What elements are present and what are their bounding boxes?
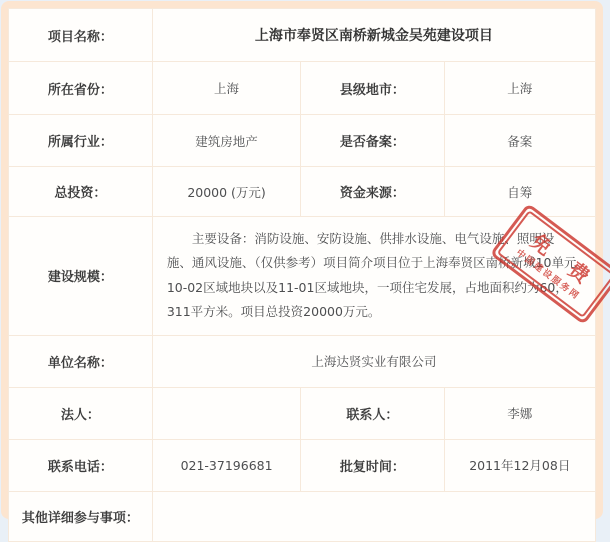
row-7-value1: 021-37196681 <box>152 439 301 491</box>
row-1-label1: 所在省份： <box>9 62 153 115</box>
row-1-value1: 上海 <box>152 62 301 115</box>
row-0-value: 上海市奉贤区南桥新城金吴苑建设项目 <box>152 9 595 62</box>
row-6-label2: 联系人： <box>301 387 444 439</box>
project-info-card: 项目名称：上海市奉贤区南桥新城金吴苑建设项目所在省份：上海县级地市：上海所属行业… <box>1 1 603 519</box>
row-2-value1: 建筑房地产 <box>152 115 301 167</box>
table-row: 所属行业：建筑房地产是否备案：备案 <box>9 115 596 167</box>
table-row: 总投资：20000 (万元)资金来源：自筹 <box>9 167 596 217</box>
table-row: 联系电话：021-37196681批复时间：2011年12月08日 <box>9 439 596 491</box>
row-0-label: 项目名称： <box>9 9 153 62</box>
row-2-value2: 备案 <box>444 115 595 167</box>
row-1-label2: 县级地市： <box>301 62 444 115</box>
row-7-label1: 联系电话： <box>9 439 153 491</box>
row-6-label1: 法人： <box>9 387 153 439</box>
row-4-label: 建设规模： <box>9 217 153 336</box>
row-3-label1: 总投资： <box>9 167 153 217</box>
row-3-value1: 20000 (万元) <box>152 167 301 217</box>
row-2-label1: 所属行业： <box>9 115 153 167</box>
row-7-label2: 批复时间： <box>301 439 444 491</box>
row-3-value2: 自筹 <box>444 167 595 217</box>
row-7-value2: 2011年12月08日 <box>444 439 595 491</box>
row-1-value2: 上海 <box>444 62 595 115</box>
row-3-label2: 资金来源： <box>301 167 444 217</box>
row-5-label: 单位名称： <box>9 335 153 387</box>
table-row: 所在省份：上海县级地市：上海 <box>9 62 596 115</box>
table-row: 项目名称：上海市奉贤区南桥新城金吴苑建设项目 <box>9 9 596 62</box>
table-row: 建设规模：主要设备：消防设施、安防设施、供排水设施、电气设施、照明设施、通风设施… <box>9 217 596 336</box>
row-5-value: 上海达贤实业有限公司 <box>152 335 595 387</box>
table-row: 法人：联系人：李娜 <box>9 387 596 439</box>
table-row: 其他详细参与事项： <box>9 491 596 526</box>
row-2-label2: 是否备案： <box>301 115 444 167</box>
table-row: 单位名称：上海达贤实业有限公司 <box>9 335 596 387</box>
row-6-value2: 李娜 <box>444 387 595 439</box>
row-8-value <box>152 491 595 526</box>
row-4-value: 主要设备：消防设施、安防设施、供排水设施、电气设施、照明设施、通风设施、（仅供参… <box>152 217 595 336</box>
project-info-table: 项目名称：上海市奉贤区南桥新城金吴苑建设项目所在省份：上海县级地市：上海所属行业… <box>8 8 596 526</box>
row-8-label: 其他详细参与事项： <box>9 491 153 526</box>
row-6-value1 <box>152 387 301 439</box>
